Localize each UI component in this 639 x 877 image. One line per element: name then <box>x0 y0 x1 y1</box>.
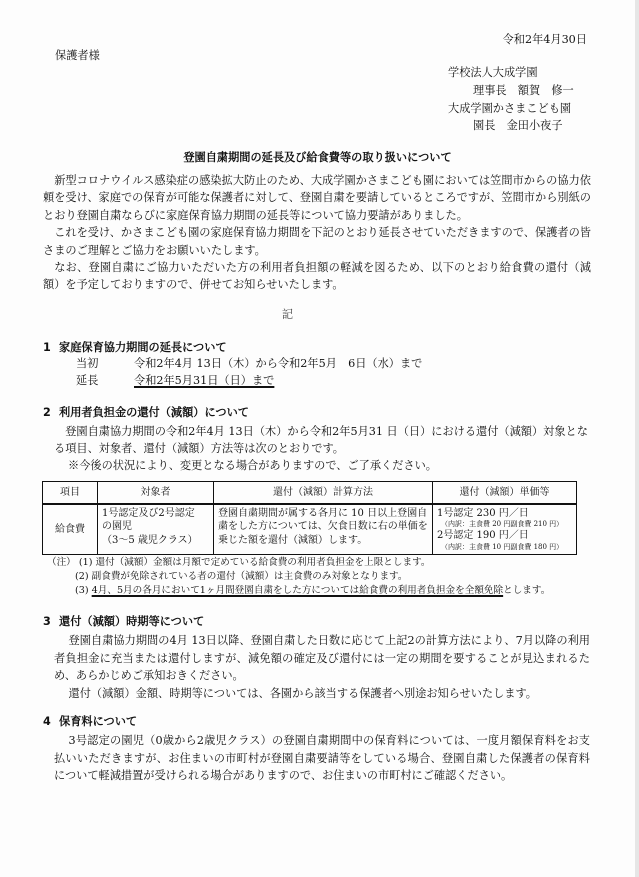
footnote-prefix: （注） <box>47 557 76 568</box>
table-header-row: 項目 対象者 還付（減額）計算方法 還付（減額）単価等 <box>43 482 577 505</box>
section-3-body: 登園自粛協力期間の4月 13日以降、登園自粛した日数に応じて上記2の計算方法によ… <box>54 632 590 702</box>
section-2-heading: 2利用者負担金の還付（減額）について <box>43 406 249 421</box>
section-3-paragraph: 還付（減額）金額、時期等については、各園から該当する保護者へ別途お知らせいたしま… <box>54 685 590 703</box>
section-1-heading: 1家庭保育協力期間の延長について <box>43 341 227 356</box>
target-line: 1号認定及び2号認定 <box>102 507 209 520</box>
section-3-paragraph: 登園自粛協力期間の4月 13日以降、登園自粛した日数に応じて上記2の計算方法によ… <box>54 632 590 685</box>
document-page: 令和2年4月30日 保護者様 学校法人大成学園 理事長 額賀 修一 大成学園かさ… <box>0 0 635 877</box>
period-row-extended: 延長令和2年5月31日（日）まで <box>76 374 422 391</box>
price-detail: （内訳：主食費 20 円副食費 210 円） <box>437 520 572 529</box>
sender-school: 大成学園かさまこども園 <box>448 102 574 120</box>
section-2-body: 登園自粛協力期間の令和2年4月 13日（木）から令和2年5月31 日（日）におけ… <box>54 423 590 474</box>
sender-org: 学校法人大成学園 <box>448 66 574 84</box>
period-list: 当初令和2年4月 13日（木）から令和2年5月 6日（水）まで 延長令和2年5月… <box>76 357 422 390</box>
period-row-initial: 当初令和2年4月 13日（木）から令和2年5月 6日（水）まで <box>76 357 422 374</box>
footnote-3: (3) 4月、5月の各月において1ヶ月間登園自粛をした方については給食費の利用者… <box>47 584 550 598</box>
section-title: 還付（減額）時期等について <box>59 615 204 628</box>
section-2-note: ※今後の状況により、変更となる場合がありますので、ご了承ください。 <box>54 457 590 474</box>
intro-paragraph: 新型コロナウイルス感染症の感染拡大防止のため、大成学園かさまこども園においては笠… <box>43 172 591 224</box>
addressee: 保護者様 <box>55 49 100 64</box>
period-value: 令和2年4月 13日（木）から令和2年5月 6日（水）まで <box>134 357 422 370</box>
ki-marker: 記 <box>0 308 575 323</box>
footnote-1: （注） (1) 還付（減額）金額は月額で定めている給食費の利用者負担金を上限とし… <box>47 556 550 570</box>
price-detail: （内訳：主食費 10 円副食費 180 円） <box>437 543 572 552</box>
footnote-text-underlined: 4月、5月の各月において1ヶ月間登園自粛をした方については給食費の利用者負担金を… <box>92 585 503 596</box>
col-header-target: 対象者 <box>98 482 214 505</box>
footnote-2: (2) 副食費が免除されている者の還付（減額）は主食費のみ対象となります。 <box>47 570 550 584</box>
sender-principal: 園長 金田小夜子 <box>448 119 574 137</box>
cell-item: 給食費 <box>43 504 98 554</box>
section-number: 4 <box>43 715 59 730</box>
sender-block: 学校法人大成学園 理事長 額賀 修一 大成学園かさまこども園 園長 金田小夜子 <box>448 66 574 137</box>
section-title: 家庭保育協力期間の延長について <box>59 341 227 354</box>
footnotes: （注） (1) 還付（減額）金額は月額で定めている給食費の利用者負担金を上限とし… <box>47 556 550 598</box>
section-4-heading: 4保育料について <box>43 715 137 730</box>
viewer-edge-strip <box>635 0 639 877</box>
price-main: 1号認定 230 円／日 <box>437 507 572 520</box>
sender-chair: 理事長 額賀 修一 <box>448 84 574 102</box>
intro-paragraph: これを受け、かさまこども園の家庭保育協力期間を下記のとおり延長させていただきます… <box>43 224 591 259</box>
col-header-price: 還付（減額）単価等 <box>433 482 577 505</box>
target-line: （3～5 歳児クラス） <box>102 534 209 547</box>
period-label: 当初 <box>76 357 134 372</box>
section-title: 利用者負担金の還付（減額）について <box>59 406 249 419</box>
section-4-paragraph: 3号認定の園児（0歳から2歳児クラス）の登園自粛期間中の保育料については、一度月… <box>54 732 590 785</box>
intro-paragraph: なお、登園自粛にご協力いただいた方の利用者負担額の軽減を図るため、以下のとおり給… <box>43 259 591 294</box>
target-line: の園児 <box>102 520 209 533</box>
intro-text: 新型コロナウイルス感染症の感染拡大防止のため、大成学園かさまこども園においては笠… <box>43 172 591 294</box>
footnote-text-tail: とします。 <box>503 585 550 596</box>
footnote-text: 還付（減額）金額は月額で定めている給食費の利用者負担金を上限とします。 <box>96 557 431 568</box>
section-2-paragraph: 登園自粛協力期間の令和2年4月 13日（木）から令和2年5月31 日（日）におけ… <box>54 423 590 457</box>
section-4-body: 3号認定の園児（0歳から2歳児クラス）の登園自粛期間中の保育料については、一度月… <box>54 732 590 785</box>
footnote-number: (1) <box>79 557 93 568</box>
price-main: 2号認定 190 円／日 <box>437 529 572 542</box>
issue-date: 令和2年4月30日 <box>503 33 587 48</box>
section-number: 1 <box>43 341 59 356</box>
section-number: 3 <box>43 615 59 630</box>
section-number: 2 <box>43 406 59 421</box>
footnote-number: (3) <box>75 585 89 596</box>
cell-price: 1号認定 230 円／日 （内訳：主食費 20 円副食費 210 円） 2号認定… <box>433 504 577 554</box>
col-header-item: 項目 <box>43 482 98 505</box>
refund-table: 項目 対象者 還付（減額）計算方法 還付（減額）単価等 給食費 1号認定及び2号… <box>42 481 577 555</box>
period-label: 延長 <box>76 374 134 389</box>
footnote-number: (2) <box>75 571 89 582</box>
period-value-underlined: 令和2年5月31日（日）まで <box>134 374 274 387</box>
section-3-heading: 3還付（減額）時期等について <box>43 615 204 630</box>
footnote-text: 副食費が免除されている者の還付（減額）は主食費のみ対象となります。 <box>92 571 408 582</box>
table-row: 給食費 1号認定及び2号認定 の園児 （3～5 歳児クラス） 登園自粛期間が属す… <box>43 504 577 554</box>
cell-target: 1号認定及び2号認定 の園児 （3～5 歳児クラス） <box>98 504 214 554</box>
section-title: 保育料について <box>59 715 137 728</box>
cell-method: 登園自粛期間が属する各月に 10 日以上登園自粛をした方については、欠食日数に右… <box>214 504 433 554</box>
col-header-method: 還付（減額）計算方法 <box>214 482 433 505</box>
document-title: 登園自粛期間の延長及び給食費等の取り扱いについて <box>0 151 635 166</box>
